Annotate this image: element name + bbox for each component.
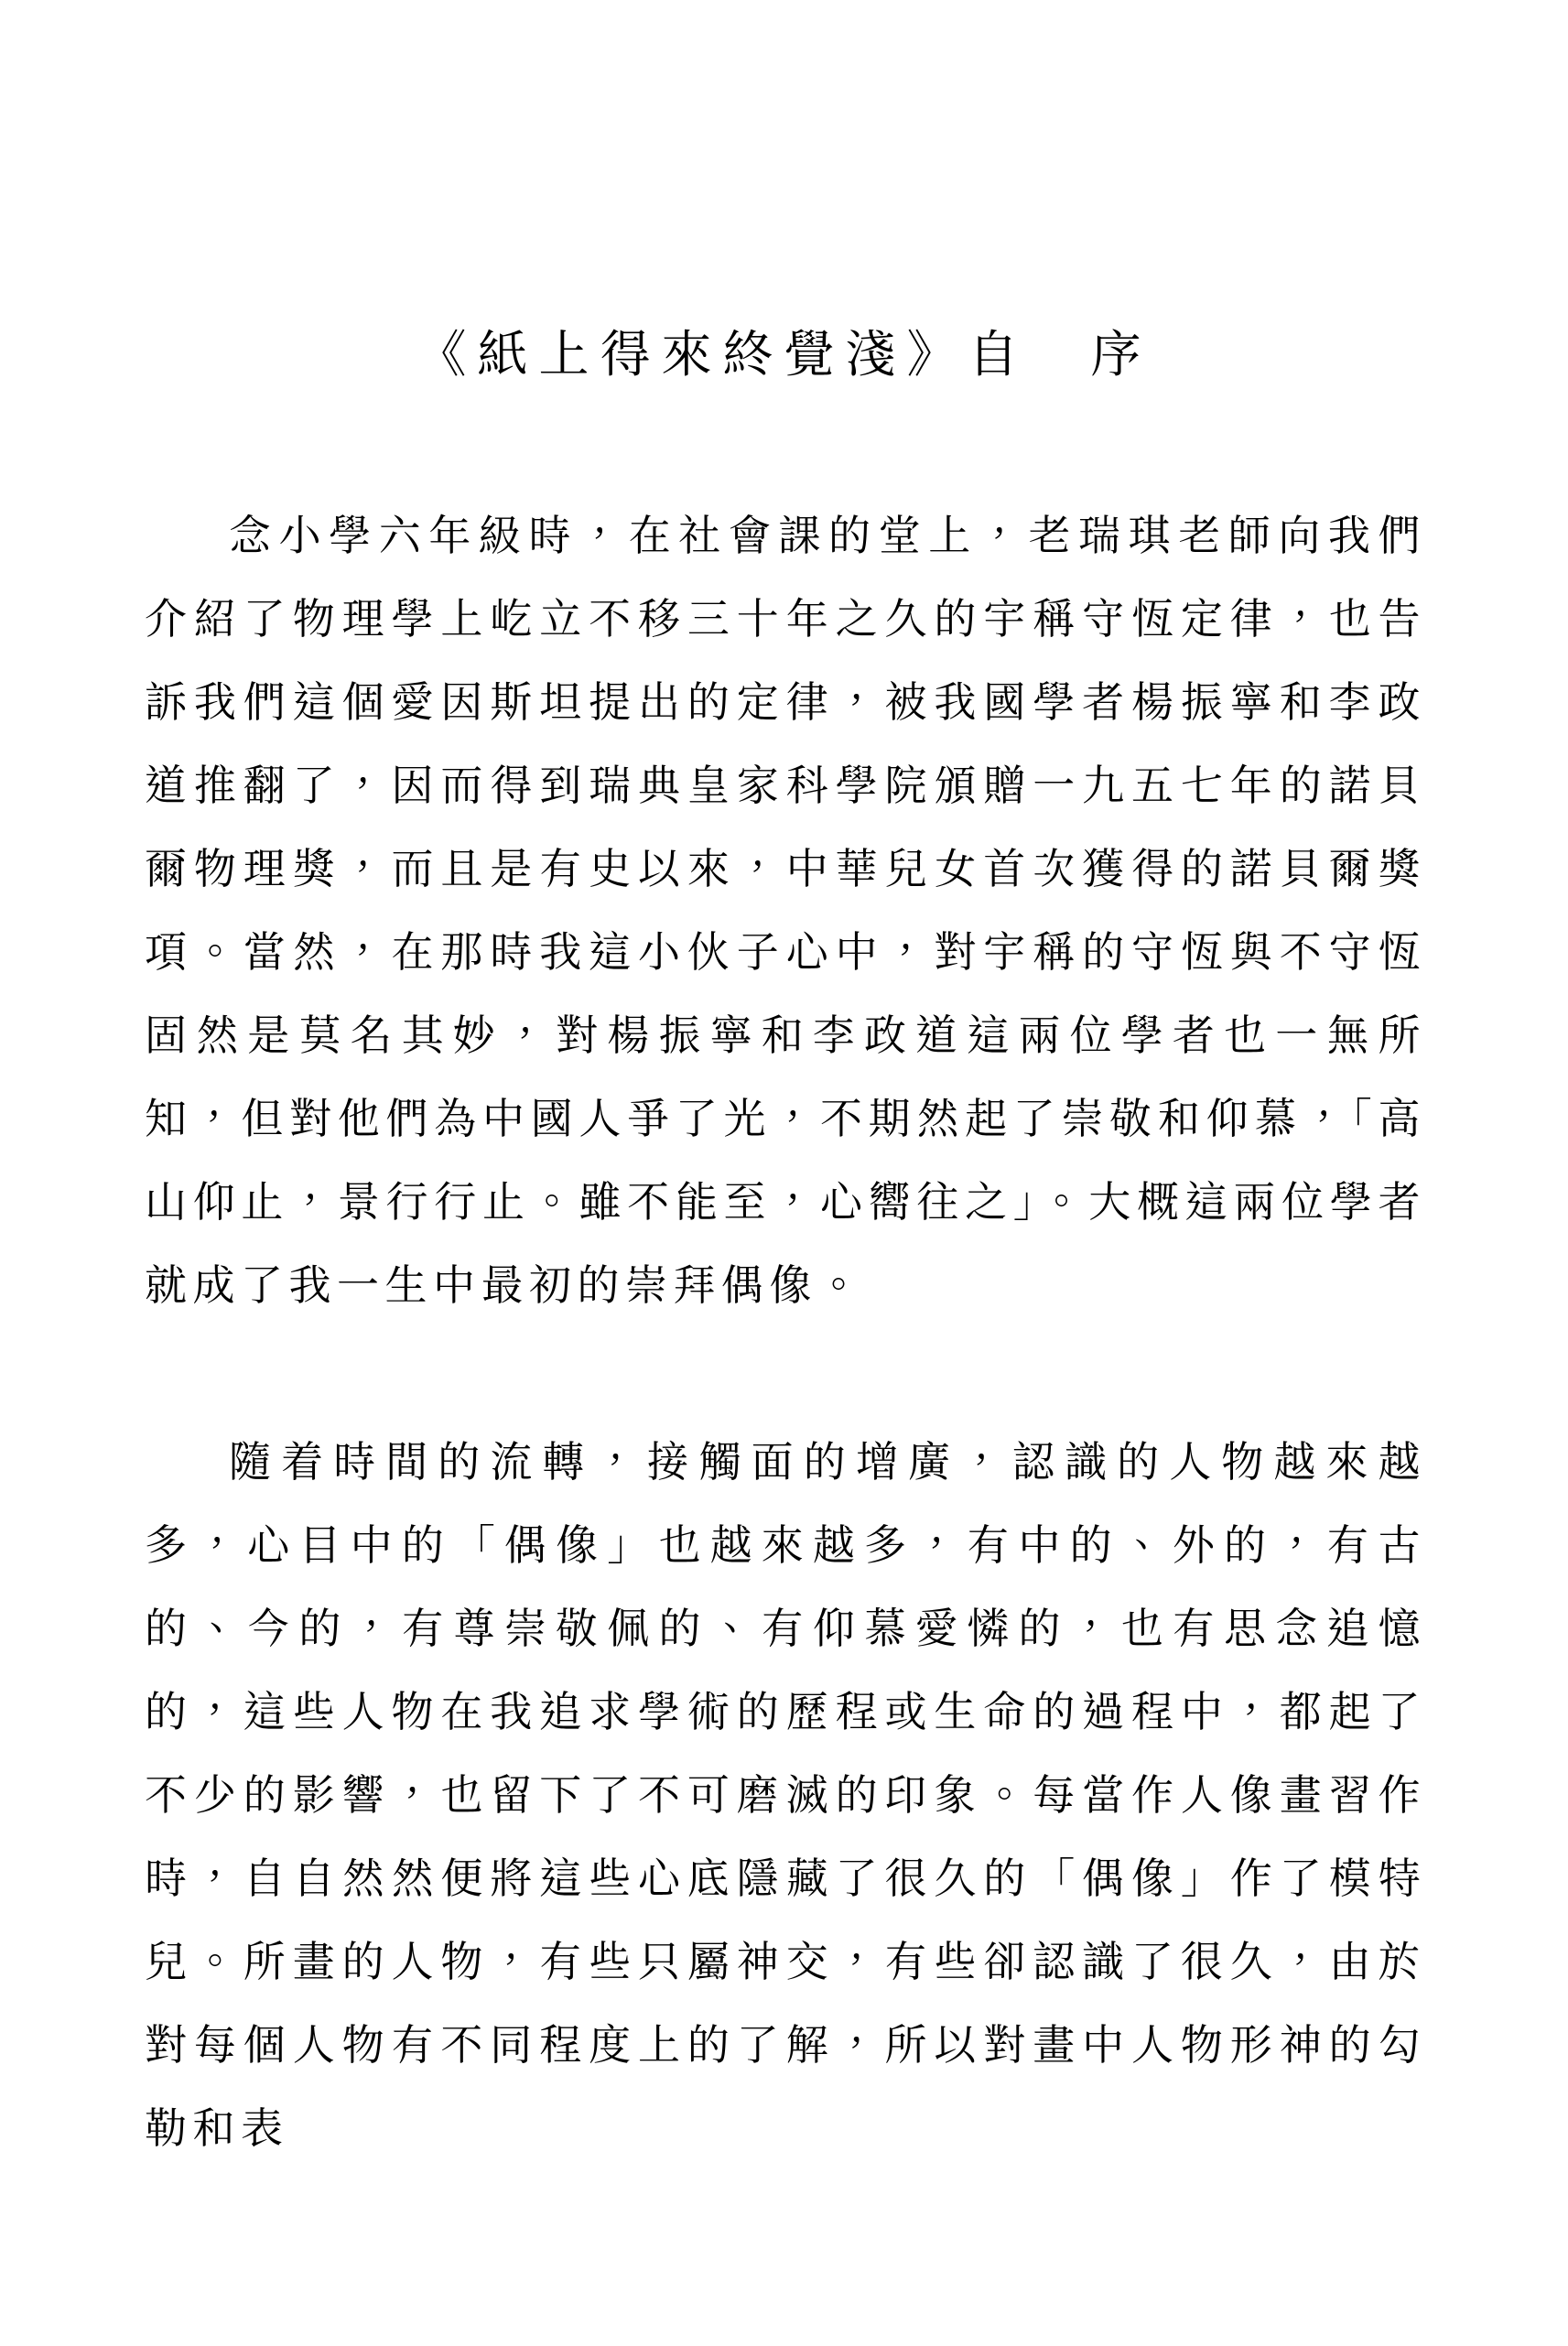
document-body: 念小學六年級時，在社會課的堂上，老瑞琪老師向我們介紹了物理學上屹立不移三十年之久…	[145, 494, 1426, 2264]
paragraph-1: 念小學六年級時，在社會課的堂上，老瑞琪老師向我們介紹了物理學上屹立不移三十年之久…	[145, 494, 1426, 1327]
document-page: 《紙上得來終覺淺》自 序 念小學六年級時，在社會課的堂上，老瑞琪老師向我們介紹了…	[0, 0, 1568, 2346]
page-title: 《紙上得來終覺淺》自 序	[0, 322, 1568, 386]
paragraph-2: 隨着時間的流轉，接觸面的增廣，認識的人物越來越多，心目中的「偶像」也越來越多，有…	[145, 1421, 1426, 2170]
